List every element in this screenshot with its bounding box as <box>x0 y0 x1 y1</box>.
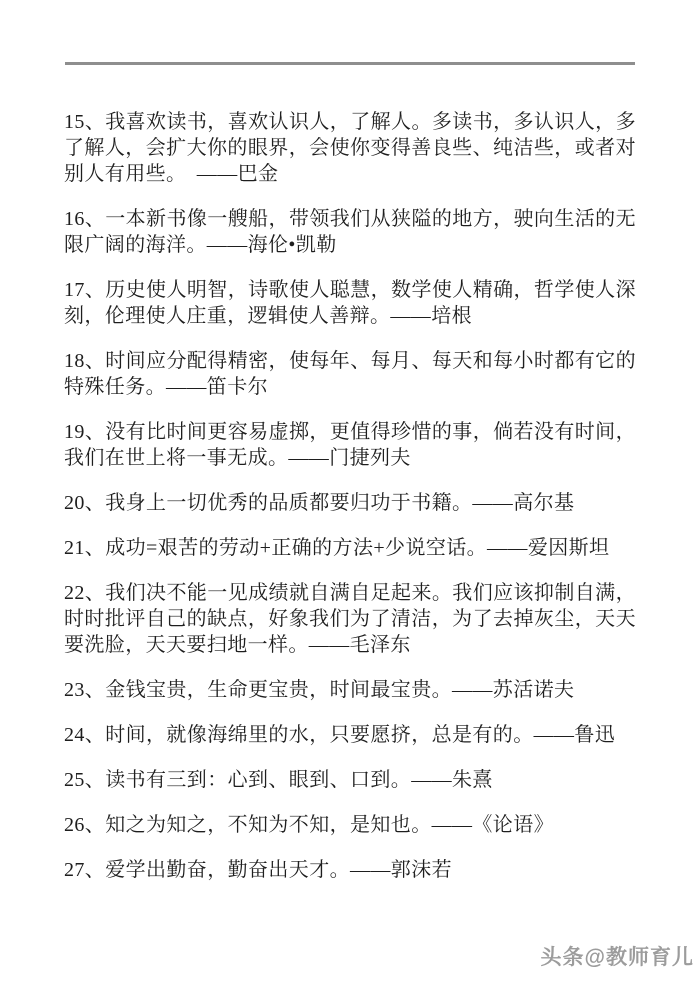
quote-item: 22、我们决不能一见成绩就自满自足起来。我们应该抑制自满，时时批评自己的缺点，好… <box>64 580 636 658</box>
quote-item: 19、没有比时间更容易虚掷，更值得珍惜的事，倘若没有时间，我们在世上将一事无成。… <box>64 419 636 471</box>
quote-item: 26、知之为知之，不知为不知，是知也。——《论语》 <box>64 812 636 838</box>
quote-item: 15、我喜欢读书，喜欢认识人，了解人。多读书，多认识人，多了解人，会扩大你的眼界… <box>64 109 636 187</box>
watermark: 头条@教师育儿 <box>541 941 694 971</box>
quote-item: 23、金钱宝贵，生命更宝贵，时间最宝贵。——苏活诺夫 <box>64 677 636 703</box>
quote-item: 18、时间应分配得精密，使每年、每月、每天和每小时都有它的特殊任务。——笛卡尔 <box>64 348 636 400</box>
top-divider <box>65 62 635 65</box>
document-page: 15、我喜欢读书，喜欢认识人，了解人。多读书，多认识人，多了解人，会扩大你的眼界… <box>0 0 700 990</box>
quote-item: 16、一本新书像一艘船，带领我们从狭隘的地方，驶向生活的无限广阔的海洋。——海伦… <box>64 206 636 258</box>
quote-item: 24、时间，就像海绵里的水，只要愿挤，总是有的。——鲁迅 <box>64 722 636 748</box>
quote-item: 20、我身上一切优秀的品质都要归功于书籍。——高尔基 <box>64 490 636 516</box>
quote-item: 27、爱学出勤奋，勤奋出天才。——郭沫若 <box>64 857 636 883</box>
quotes-list: 15、我喜欢读书，喜欢认识人，了解人。多读书，多认识人，多了解人，会扩大你的眼界… <box>64 109 636 902</box>
quote-item: 25、读书有三到：心到、眼到、口到。——朱熹 <box>64 767 636 793</box>
quote-item: 21、成功=艰苦的劳动+正确的方法+少说空话。——爱因斯坦 <box>64 535 636 561</box>
quote-item: 17、历史使人明智，诗歌使人聪慧，数学使人精确，哲学使人深刻，伦理使人庄重，逻辑… <box>64 277 636 329</box>
